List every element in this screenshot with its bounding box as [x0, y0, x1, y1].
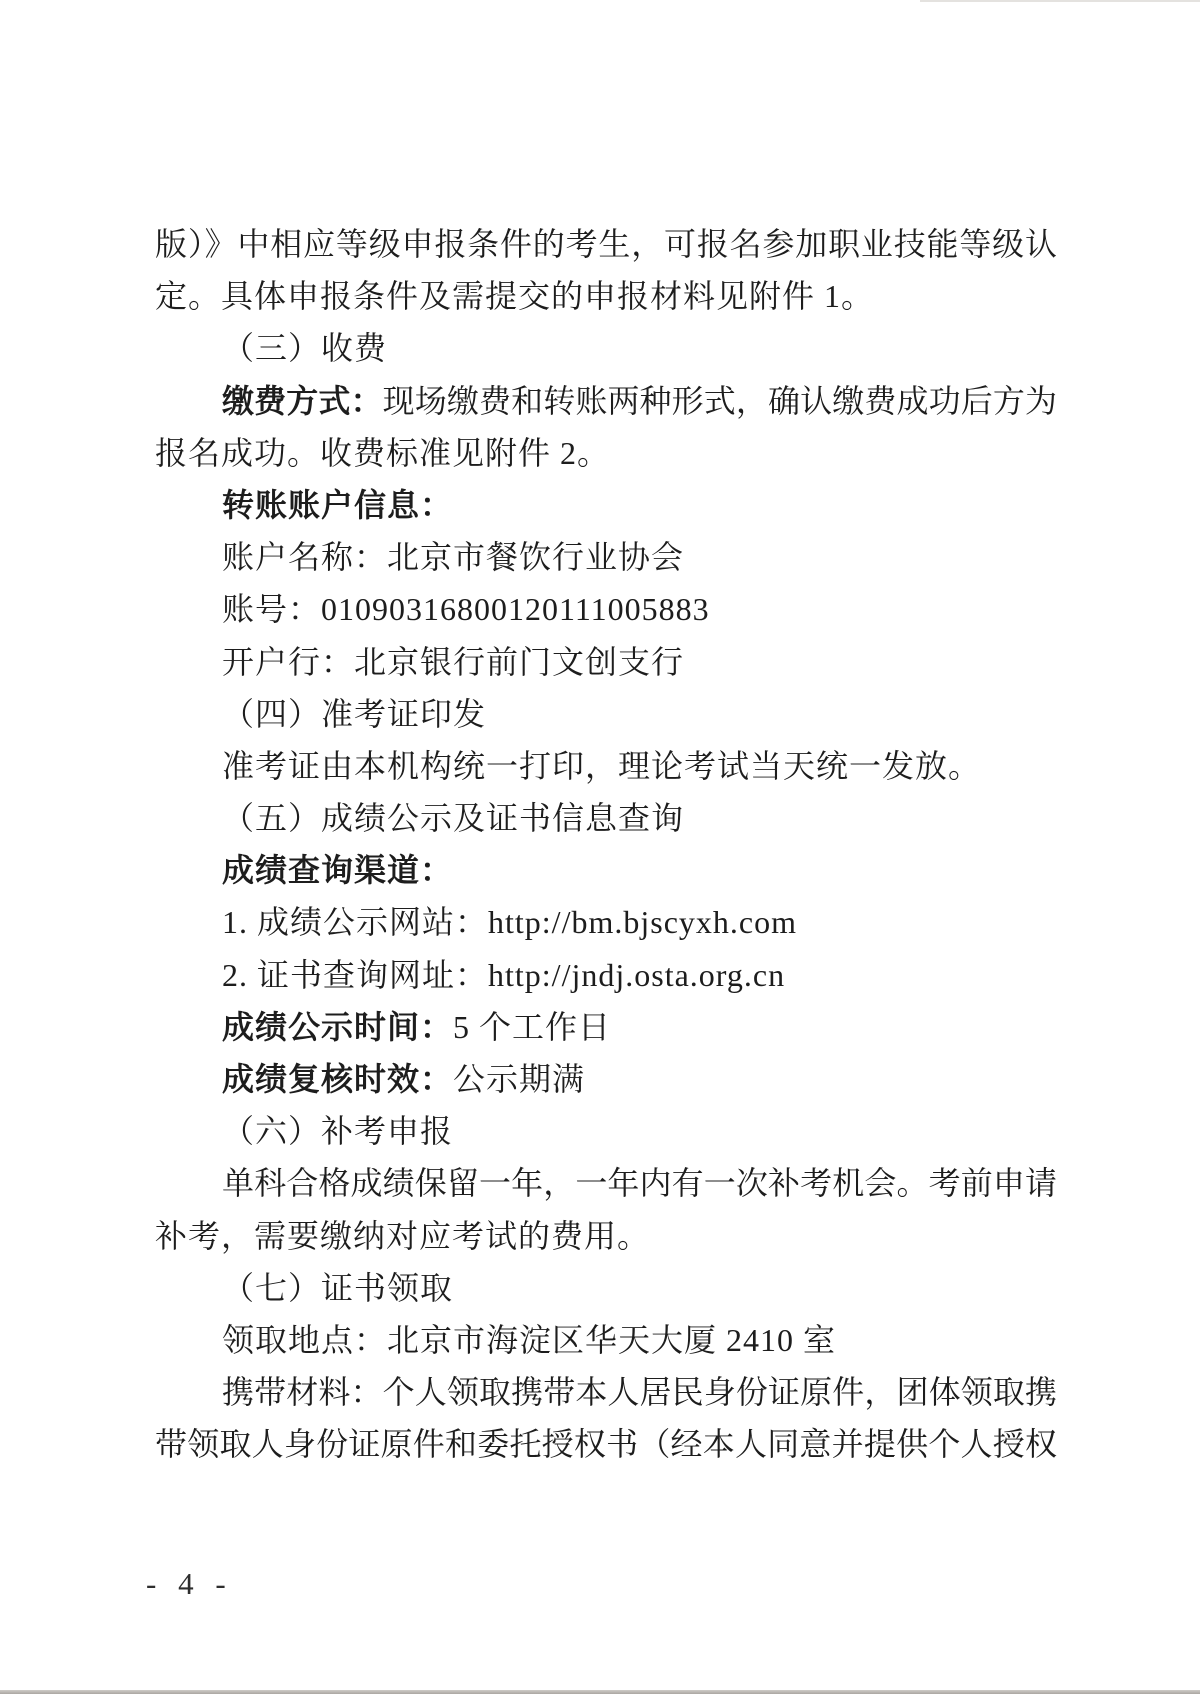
text-line: 账号：01090316800120111005883 — [155, 583, 1057, 635]
text-line: 报名成功。收费标准见附件 2。 — [155, 427, 1057, 479]
text-line: 领取地点：北京市海淀区华天大厦 2410 室 — [155, 1314, 1057, 1366]
text-line: 定。具体申报条件及需提交的申报材料见附件 1。 — [155, 270, 1057, 322]
line-text: （七）证书领取 — [222, 1270, 453, 1306]
line-text: 现场缴费和转账两种形式，确认缴费成功后方为 — [383, 383, 1057, 419]
text-line: 带领取人身份证原件和委托授权书（经本人同意并提供个人授权 — [155, 1418, 1057, 1470]
line-text: （六）补考申报 — [222, 1113, 453, 1149]
text-line: 单科合格成绩保留一年，一年内有一次补考机会。考前申请 — [155, 1157, 1057, 1209]
text-line: 开户行：北京银行前门文创支行 — [155, 636, 1057, 688]
line-text: 账户名称：北京市餐饮行业协会 — [222, 539, 684, 575]
line-text: 补考，需要缴纳对应考试的费用。 — [155, 1218, 650, 1254]
line-text: 报名成功。收费标准见附件 2。 — [155, 435, 610, 471]
line-text: （三）收费 — [222, 330, 387, 366]
bold-label: 转账账户信息： — [222, 487, 453, 523]
line-text: 5 个工作日 — [453, 1009, 611, 1045]
text-line: 转账账户信息： — [155, 479, 1057, 531]
text-line: 成绩公示时间：5 个工作日 — [155, 1001, 1057, 1053]
text-line: （七）证书领取 — [155, 1262, 1057, 1314]
text-line: （六）补考申报 — [155, 1105, 1057, 1157]
line-text: 2. 证书查询网址：http://jndj.osta.org.cn — [222, 957, 785, 993]
line-text: 携带材料：个人领取携带本人居民身份证原件，团体领取携 — [222, 1374, 1057, 1410]
bold-label: 成绩查询渠道： — [222, 852, 453, 888]
text-line: 缴费方式：现场缴费和转账两种形式，确认缴费成功后方为 — [155, 375, 1057, 427]
line-text: 公示期满 — [453, 1061, 585, 1097]
bold-label: 成绩公示时间： — [222, 1009, 453, 1045]
text-line: （五）成绩公示及证书信息查询 — [155, 792, 1057, 844]
text-line: 版）》中相应等级申报条件的考生，可报名参加职业技能等级认 — [155, 218, 1057, 270]
text-line: 2. 证书查询网址：http://jndj.osta.org.cn — [155, 949, 1057, 1001]
document-body: 版）》中相应等级申报条件的考生，可报名参加职业技能等级认定。具体申报条件及需提交… — [155, 218, 1057, 1471]
line-text: 开户行：北京银行前门文创支行 — [222, 644, 684, 680]
text-line: 补考，需要缴纳对应考试的费用。 — [155, 1210, 1057, 1262]
text-line: 携带材料：个人领取携带本人居民身份证原件，团体领取携 — [155, 1366, 1057, 1418]
page-number: - 4 - — [146, 1566, 233, 1602]
line-text: 单科合格成绩保留一年，一年内有一次补考机会。考前申请 — [222, 1165, 1057, 1201]
line-text: 准考证由本机构统一打印，理论考试当天统一发放。 — [222, 748, 981, 784]
text-line: 准考证由本机构统一打印，理论考试当天统一发放。 — [155, 740, 1057, 792]
scan-artifact-bottom — [0, 1690, 1200, 1694]
line-text: （五）成绩公示及证书信息查询 — [222, 800, 684, 836]
line-text: 1. 成绩公示网站：http://bm.bjscyxh.com — [222, 904, 797, 940]
line-text: 领取地点：北京市海淀区华天大厦 2410 室 — [222, 1322, 836, 1358]
line-text: 带领取人身份证原件和委托授权书（经本人同意并提供个人授权 — [155, 1426, 1057, 1462]
line-text: 版）》中相应等级申报条件的考生，可报名参加职业技能等级认 — [155, 226, 1057, 262]
line-text: （四）准考证印发 — [222, 696, 486, 732]
bold-label: 缴费方式： — [222, 383, 383, 419]
text-line: 成绩复核时效：公示期满 — [155, 1053, 1057, 1105]
text-line: （三）收费 — [155, 322, 1057, 374]
text-line: 账户名称：北京市餐饮行业协会 — [155, 531, 1057, 583]
line-text: 定。具体申报条件及需提交的申报材料见附件 1。 — [155, 278, 874, 314]
text-line: 1. 成绩公示网站：http://bm.bjscyxh.com — [155, 896, 1057, 948]
document-page: 版）》中相应等级申报条件的考生，可报名参加职业技能等级认定。具体申报条件及需提交… — [0, 0, 1200, 1697]
line-text: 账号：01090316800120111005883 — [222, 591, 710, 627]
text-line: 成绩查询渠道： — [155, 844, 1057, 896]
text-line: （四）准考证印发 — [155, 688, 1057, 740]
scan-artifact-top — [920, 0, 1200, 2]
bold-label: 成绩复核时效： — [222, 1061, 453, 1097]
